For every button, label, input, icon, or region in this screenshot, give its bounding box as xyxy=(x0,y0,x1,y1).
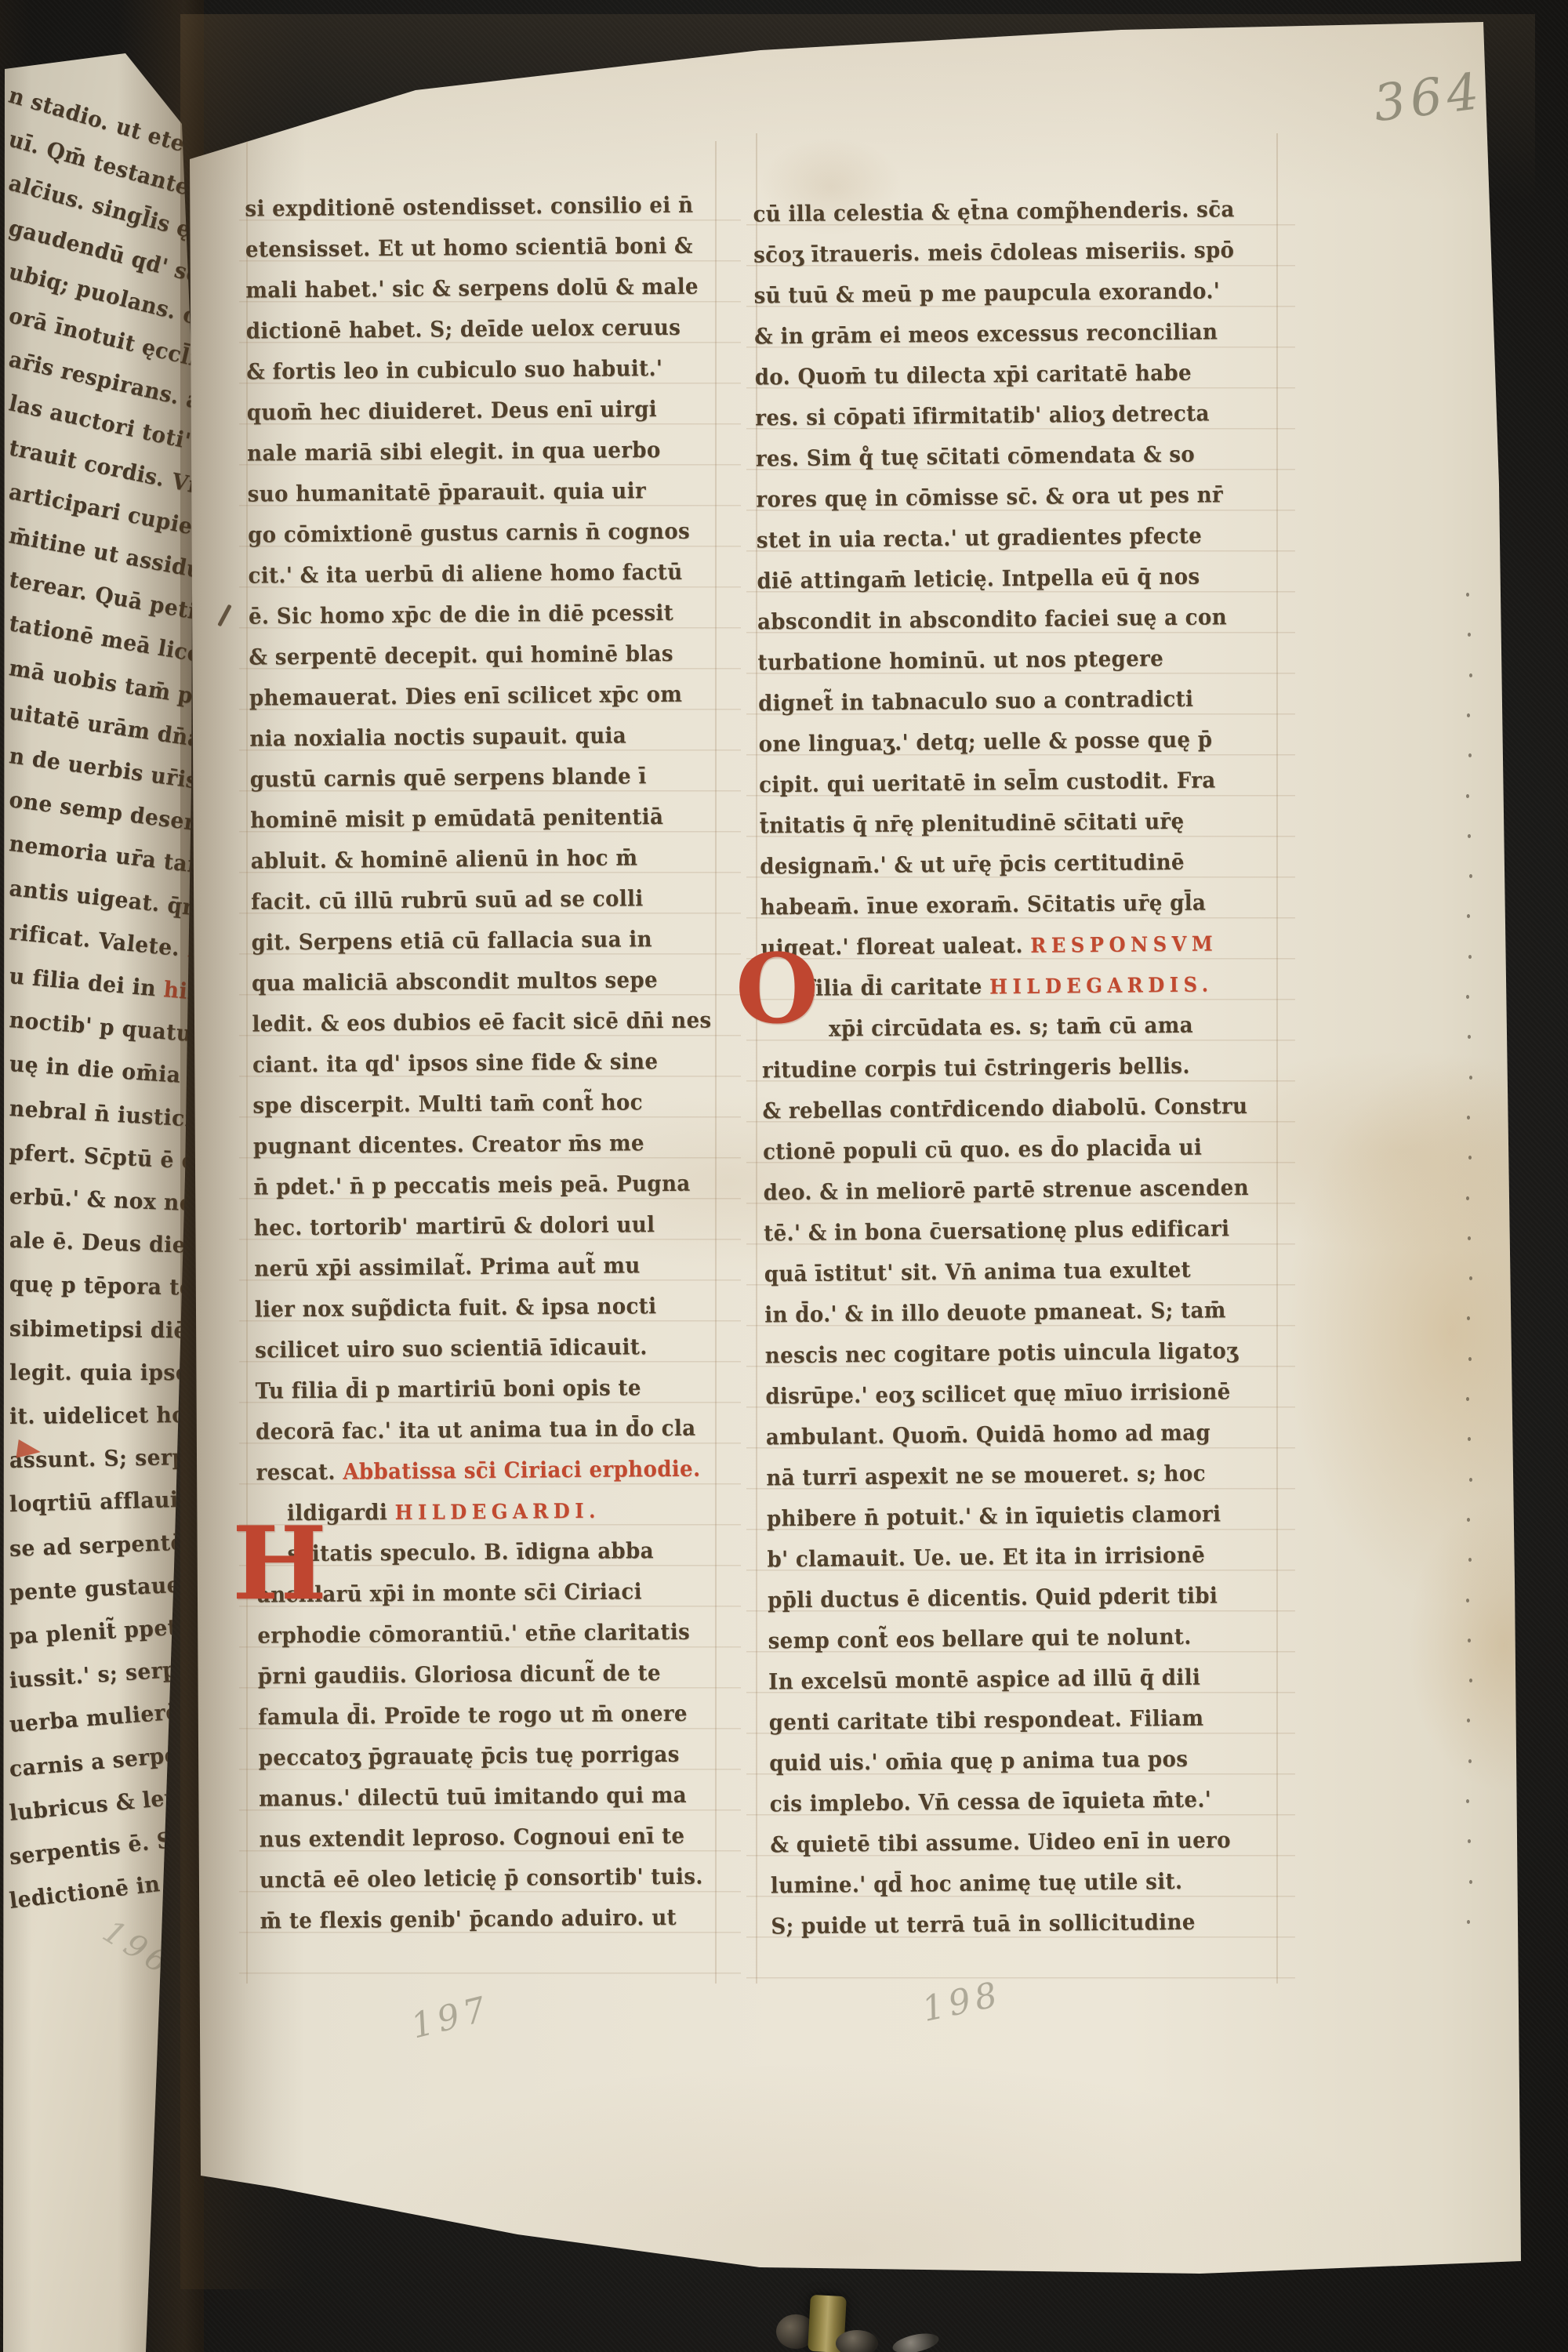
manuscript-line: habeam̄. īnue exoram̄. Sc̄itatis ur̄ę gl… xyxy=(760,882,1250,928)
text-run: S; puide ut terrā tuā in sollicitudine xyxy=(771,1909,1196,1940)
text-run: rescat. xyxy=(256,1459,343,1486)
pricking-dot xyxy=(1468,1639,1471,1642)
manuscript-line: pugnant dicentes. Creator m̄s me xyxy=(253,1123,691,1167)
text-run: dictionē habet. S; deīde uelox ceruus xyxy=(246,314,681,344)
manuscript-line: res. si cōpati īfirmitatib' alioʒ detrec… xyxy=(755,393,1244,439)
manuscript-line: spe discerpit. Multi tam̄ cont̃ hoc xyxy=(252,1082,690,1127)
pricking-dot xyxy=(1467,713,1470,717)
manuscript-line: quā īstitut' sit. Vn̄ anima tua exultet xyxy=(764,1249,1253,1295)
manuscript-line: ritudine corpis tui c̄stringeris bellis. xyxy=(762,1045,1251,1091)
text-run: hec. tortorib' martirū & dolori uul xyxy=(254,1211,655,1240)
manuscript-line: manus.' dilectū tuū imitando qui ma xyxy=(259,1775,696,1820)
manuscript-line: sū tuū & meū p me paupcula exorando.' xyxy=(753,270,1243,317)
text-run: sc̄itatis speculo. B. īdigna abba xyxy=(287,1537,654,1566)
rubric-run: Abbatissa sc̄i Ciriaci erphodie. xyxy=(343,1456,700,1485)
manuscript-line: qua maliciā abscondit multos sepe xyxy=(252,960,689,1004)
manuscript-line: deo. & in meliorē partē strenue ascenden xyxy=(763,1167,1252,1214)
manuscript-line: semp cont̃ eos bellare qui te nolunt. xyxy=(768,1616,1257,1662)
manuscript-line: do. Quom̄ tu dilecta xp̄i caritatē habe xyxy=(754,352,1243,398)
text-run: turbatione hominū. ut nos ptegere xyxy=(757,645,1163,675)
manuscript-line: quid uis.' om̄ia quę p anima tua pos xyxy=(769,1738,1258,1784)
manuscript-line: cū illa celestia & ęt̄na comp̃henderis. … xyxy=(753,189,1242,235)
binding-clasp-knob-icon xyxy=(836,2330,878,2352)
text-run: quom̄ hec diuideret. Deus enī uirgi xyxy=(247,396,658,426)
text-run: filia d̄i caritate xyxy=(806,973,989,1000)
pricking-dot xyxy=(1467,1920,1470,1924)
pricking-dot xyxy=(1469,1880,1472,1884)
manuscript-line: go cōmixtionē gustus carnis n̄ cognos xyxy=(248,511,685,556)
text-run: t̄nitatis q̄ nr̄ę plenitudinē sc̄itati u… xyxy=(760,808,1185,839)
manuscript-line: famula d̄i. Proīde te rogo ut m̄ onere xyxy=(258,1693,695,1738)
manuscript-line: nia noxialia noctis supauit. quia xyxy=(249,715,687,760)
manuscript-line: & rebellas contr̄dicendo diabolū. Constr… xyxy=(762,1086,1251,1132)
manuscript-line: p̄rni gaudiis. Gloriosa dicunt̃ de te xyxy=(258,1653,695,1697)
text-run: nerū xp̄i assimilat̃. Prima aut̃ mu xyxy=(254,1252,641,1281)
pricking-dot xyxy=(1468,955,1472,959)
manuscript-line: stet in uia recta.' ut gradientes pfecte xyxy=(757,515,1246,561)
manuscript-line: nus extendit leproso. Cognoui enī te xyxy=(259,1816,696,1860)
text-run: scilicet uiro suo scientiā īdicauit. xyxy=(255,1334,648,1363)
manuscript-line: cit.' & ita uerbū di aliene homo factū xyxy=(248,552,685,597)
text-run: tē.' & in bona c̄uersationę plus edifica… xyxy=(764,1215,1230,1246)
text-run: famula d̄i. Proīde te rogo ut m̄ onere xyxy=(258,1700,688,1730)
text-run: m̄ te flexis genib' p̄cando aduiro. ut xyxy=(260,1904,677,1934)
text-run: go cōmixtionē gustus carnis n̄ cognos xyxy=(248,518,690,548)
text-run: peccatoʒ p̄grauatę p̄cis tuę porrigas xyxy=(259,1741,680,1771)
text-run: p̄rni gaudiis. Gloriosa dicunt̃ de te xyxy=(258,1660,661,1689)
manuscript-line: rores quę in cōmisse sc̄. & ora ut pes n… xyxy=(756,474,1245,521)
text-run: qua maliciā abscondit multos sepe xyxy=(252,967,658,996)
text-run: do. Quom̄ tu dilecta xp̄i caritatē habe xyxy=(755,360,1192,390)
text-run: lier nox sup̃dicta fuit. & ipsa nocti xyxy=(255,1293,657,1322)
text-run: nia noxialia noctis supauit. quia xyxy=(249,722,626,751)
text-run: in d̄o.' & in illo deuote pmaneat. S; ta… xyxy=(764,1297,1226,1327)
manuscript-line: nerū xp̄i assimilat̃. Prima aut̃ mu xyxy=(254,1245,691,1290)
red-pointer-mark xyxy=(16,1439,42,1461)
manuscript-line: Tu filia d̄i p martiriū boni opis te xyxy=(255,1367,692,1412)
pricking-dot xyxy=(1466,593,1469,597)
manuscript-line: filia d̄i caritate HILDEGARDIS. xyxy=(761,964,1250,1010)
text-run: erphodie cōmorantiū.' etn̄e claritatis xyxy=(257,1619,690,1649)
text-run: xp̄i circūdata es. s; tam̄ cū ama xyxy=(829,1012,1193,1042)
manuscript-line: gustū carnis quē serpens blande ī xyxy=(250,756,688,800)
text-run: git. Serpens etiā cū fallacia sua in xyxy=(252,926,653,955)
manuscript-line: phibere n̄ potuit.' & in īquietis clamor… xyxy=(767,1494,1256,1540)
pricking-dot xyxy=(1467,1116,1470,1120)
pricking-dot xyxy=(1469,673,1472,677)
text-run: & in grām ei meos excessus reconcilian xyxy=(754,318,1218,349)
text-run: sū tuū & meū p me paupcula exorando.' xyxy=(753,278,1220,308)
manuscript-line: turbatione hominū. ut nos ptegere xyxy=(757,637,1247,684)
manuscript-line: ē. Sic homo xp̄c de die in diē pcessit xyxy=(249,593,686,637)
text-run: hominē misit p emūdatā penitentiā xyxy=(250,804,663,833)
text-run: nā turrī aspexit ne se moueret. s; hoc xyxy=(766,1461,1206,1491)
text-run: phemauerat. Dies enī scilicet xp̄c om xyxy=(249,681,683,711)
manuscript-line: b' clamauit. Ue. ue. Et ita in irrisionē xyxy=(767,1534,1256,1581)
text-run: pugnant dicentes. Creator m̄s me xyxy=(253,1130,644,1159)
text-run: sc̄oʒ ītraueris. meis c̄doleas miseriis.… xyxy=(753,237,1235,267)
manuscript-line: decorā fac.' ita ut anima tua in d̄o cla xyxy=(256,1408,693,1453)
text-run: nus extendit leproso. Cognoui enī te xyxy=(259,1823,684,1853)
manuscript-line: hominē misit p emūdatā penitentiā xyxy=(250,797,688,841)
text-run: diē attingam̄ leticię. Intpella eū q̄ no… xyxy=(757,564,1200,594)
text-run: deo. & in meliorē partē strenue ascenden xyxy=(763,1174,1249,1205)
text-run: disrūpe.' eoʒ scilicet quę mīuo irrision… xyxy=(765,1378,1231,1409)
manuscript-line: xp̄i circūdata es. s; tam̄ cū ama xyxy=(761,1004,1250,1051)
manuscript-line: genti caritate tibi respondeat. Filiam xyxy=(768,1697,1258,1744)
pricking-dot xyxy=(1469,1076,1472,1080)
manuscript-line: designam̄.' & ut ur̄ę p̄cis certitudinē xyxy=(760,841,1249,887)
text-run: res. si cōpati īfirmitatib' alioʒ detrec… xyxy=(755,400,1210,430)
text-run: si expditionē ostendisset. consilio ei n… xyxy=(245,192,693,222)
manuscript-line: diē attingam̄ leticię. Intpella eū q̄ no… xyxy=(757,556,1246,602)
initial-o: O xyxy=(735,938,818,1040)
pricking-dot xyxy=(1466,1799,1469,1803)
text-run: lumine.' qd̄ hoc animę tuę utile sit. xyxy=(771,1868,1183,1899)
rubric-run: RESPONSVM xyxy=(1030,932,1218,958)
text-run: ledit. & eos dubios eē facit sicē dn̄i n… xyxy=(252,1007,711,1037)
text-run: quid uis.' om̄ia quę p anima tua pos xyxy=(769,1746,1188,1777)
text-run: b' clamauit. Ue. ue. Et ita in irrisionē xyxy=(767,1542,1205,1573)
manuscript-line: & in grām ei meos excessus reconcilian xyxy=(754,311,1243,358)
text-run: ctionē populi cū quo. es d̄o placid̄a ui xyxy=(763,1134,1202,1165)
pricking-dot xyxy=(1467,1518,1470,1522)
text-run: ambulant. Quom̄. Quidā homo ad mag xyxy=(766,1420,1210,1450)
manuscript-line: & serpentē decepit. qui hominē blas xyxy=(249,633,686,678)
text-run: one linguaʒ.' detq; uelle & posse quę p̄ xyxy=(758,726,1212,757)
manuscript-line: pp̄li ductus ē dicentis. Quid pderit tib… xyxy=(768,1575,1257,1621)
manuscript-line: ctionē populi cū quo. es d̄o placid̄a ui xyxy=(763,1127,1252,1173)
manuscript-line: facit. cū illū rubrū suū ad se colli xyxy=(251,878,688,923)
pricking-dot xyxy=(1466,1397,1469,1401)
manuscript-line: nale mariā sibi elegit. in qua uerbo xyxy=(247,430,684,474)
text-run: nale mariā sibi elegit. in qua uerbo xyxy=(247,437,661,466)
pricking-dot xyxy=(1468,1759,1472,1763)
rubric-run: HILDEGARDIS. xyxy=(989,973,1214,999)
text-run: gustū carnis quē serpens blande ī xyxy=(250,763,647,792)
text-run: genti caritate tibi respondeat. Filiam xyxy=(769,1705,1204,1736)
manuscript-line: S; puide ut terrā tuā in sollicitudine xyxy=(771,1901,1260,1947)
manuscript-line: dictionē habet. S; deīde uelox ceruus xyxy=(246,307,684,352)
text-run: Tu filia d̄i p martiriū boni opis te xyxy=(255,1374,641,1403)
text-run: rificat. Valete. xyxy=(8,919,188,962)
pricking-dot xyxy=(1469,1478,1472,1482)
text-run: res. Sim q̊ tuę sc̄itati cōmendata & so xyxy=(756,441,1196,472)
right-text-column: cū illa celestia & ęt̄na comp̃henderis. … xyxy=(753,189,1296,1947)
text-run: abscondit in abscondito faciei suę a con xyxy=(757,604,1227,634)
manuscript-line: mali habet.' sic & serpens dolū & male xyxy=(245,267,683,311)
text-run: habeam̄. īnue exoram̄. Sc̄itatis ur̄ę gl… xyxy=(760,890,1207,920)
text-run: & rebellas contr̄dicendo diabolū. Constr… xyxy=(762,1093,1247,1123)
manuscript-line: rescat. Abbatissa sc̄i Ciriaci erphodie. xyxy=(256,1449,693,1494)
pricking-dot xyxy=(1466,794,1469,798)
manuscript-line: hec. tortorib' martirū & dolori uul xyxy=(254,1204,691,1249)
text-run: etensisset. Et ut homo scientiā boni & xyxy=(245,233,693,263)
manuscript-line: peccatoʒ p̄grauatę p̄cis tuę porrigas xyxy=(258,1734,695,1779)
manuscript-line: git. Serpens etiā cū fallacia sua in xyxy=(251,919,688,964)
manuscript-line: t̄nitatis q̄ nr̄ę plenitudinē sc̄itati u… xyxy=(759,800,1248,847)
manuscript-line: unctā eē oleo leticię p̄ consortib' tuis… xyxy=(260,1857,697,1901)
manuscript-line: cis implebo. Vn̄ cessa de īquieta m̄te.' xyxy=(770,1779,1259,1825)
text-run: ritudine corpis tui c̄stringeris bellis. xyxy=(762,1053,1190,1083)
manuscript-line: tē.' & in bona c̄uersationę plus edifica… xyxy=(764,1208,1253,1254)
pricking-dot xyxy=(1466,995,1469,999)
manuscript-line: suo humanitatē p̄parauit. quia uir xyxy=(247,470,684,515)
manuscript-line: ledit. & eos dubios eē facit sicē dn̄i n… xyxy=(252,1000,689,1045)
manuscript-line: etensisset. Et ut homo scientiā boni & xyxy=(245,226,683,270)
text-run: mali habet.' sic & serpens dolū & male xyxy=(245,274,699,303)
manuscript-line: one linguaʒ.' detq; uelle & posse quę p̄ xyxy=(758,719,1247,765)
manuscript-line: abscondit in abscondito faciei suę a con xyxy=(757,597,1247,643)
text-run: ē. Sic homo xp̄c de die in diē pcessit xyxy=(249,600,673,630)
text-run: unctā eē oleo leticię p̄ consortib' tuis… xyxy=(260,1864,703,1893)
pricking-dot xyxy=(1468,1357,1472,1361)
manuscript-line: In excelsū montē aspice ad illū q̄ dili xyxy=(768,1657,1258,1703)
manuscript-line: uigeat.' floreat ualeat. RESPONSVM xyxy=(760,923,1250,969)
manuscript-line: abluit. & hominē alienū in hoc m̄ xyxy=(251,837,688,882)
text-run: manus.' dilectū tuū imitando qui ma xyxy=(259,1782,687,1812)
manuscript-line: in d̄o.' & in illo deuote pmaneat. S; ta… xyxy=(764,1290,1254,1336)
text-run: & serpentē decepit. qui hominē blas xyxy=(249,641,673,670)
manuscript-line: ambulant. Quom̄. Quidā homo ad mag xyxy=(766,1412,1255,1458)
manuscript-line: lier nox sup̃dicta fuit. & ipsa nocti xyxy=(255,1286,692,1330)
text-run: designam̄.' & ut ur̄ę p̄cis certitudinē xyxy=(760,849,1185,880)
text-run: In excelsū montē aspice ad illū q̄ dili xyxy=(768,1664,1200,1695)
manuscript-line: n̄ pdet.' n̄ p peccatis meis peā. Pugna xyxy=(253,1163,691,1208)
text-run: ciant. ita qd' ipsos sine fide & sine xyxy=(252,1048,659,1078)
text-run: spe discerpit. Multi tam̄ cont̃ hoc xyxy=(252,1089,643,1118)
text-run: decorā fac.' ita ut anima tua in d̄o cla xyxy=(256,1415,696,1445)
text-run: n̄ pdet.' n̄ p peccatis meis peā. Pugna xyxy=(253,1171,690,1200)
left-text-column: si expditionē ostendisset. consilio ei n… xyxy=(245,184,730,1941)
text-run: cis implebo. Vn̄ cessa de īquieta m̄te.' xyxy=(770,1787,1212,1817)
manuscript-line: res. Sim q̊ tuę sc̄itati cōmendata & so xyxy=(756,434,1245,480)
text-run: stet in uia recta.' ut gradientes pfecte xyxy=(757,523,1203,554)
pricking-dot xyxy=(1466,1599,1469,1602)
manuscript-line: & quietē tibi assume. Uideo enī in uero xyxy=(770,1820,1259,1866)
manuscript-line: nescis nec cogitare potis uincula ligato… xyxy=(765,1330,1254,1377)
text-run: dignet̃ in tabnaculo suo a contradicti xyxy=(758,686,1194,717)
pricking-dot xyxy=(1468,834,1471,838)
text-run: facit. cū illū rubrū suū ad se colli xyxy=(251,885,644,914)
pricking-dot xyxy=(1468,1236,1471,1240)
text-run: rores quę in cōmisse sc̄. & ora ut pes n… xyxy=(756,481,1223,512)
text-run: cū illa celestia & ęt̄na comp̃henderis. … xyxy=(753,196,1234,227)
manuscript-line: dignet̃ in tabnaculo suo a contradicti xyxy=(758,678,1247,724)
manuscript-line: sc̄oʒ ītraueris. meis c̄doleas miseriis.… xyxy=(753,230,1243,276)
text-run: semp cont̃ eos bellare qui te nolunt. xyxy=(768,1624,1191,1654)
text-run: & fortis leo in cubiculo suo habuit.' xyxy=(246,355,662,385)
text-run: u filia dei in xyxy=(9,963,165,1002)
manuscript-line: scilicet uiro suo scientiā īdicauit. xyxy=(255,1327,692,1371)
text-run: suo humanitatē p̄parauit. quia uir xyxy=(248,477,647,506)
text-run: pp̄li ductus ē dicentis. Quid pderit tib… xyxy=(768,1582,1218,1613)
text-run: & quietē tibi assume. Uideo enī in uero xyxy=(770,1827,1231,1857)
text-run: cipit. qui ueritatē in sel̄m custodit. F… xyxy=(759,767,1216,797)
text-run: phibere n̄ potuit.' & in īquietis clamor… xyxy=(767,1501,1221,1531)
manuscript-line: si expditionē ostendisset. consilio ei n… xyxy=(245,185,682,230)
text-run: cit.' & ita uerbū di aliene homo factū xyxy=(248,559,682,589)
text-run: abluit. & hominē alienū in hoc m̄ xyxy=(251,844,638,873)
initial-h: H xyxy=(232,1505,327,1623)
rubric-run: HILDEGARDI. xyxy=(395,1500,601,1525)
text-run: quā īstitut' sit. Vn̄ anima tua exultet xyxy=(764,1257,1192,1287)
manuscript-line: cipit. qui ueritatē in sel̄m custodit. F… xyxy=(759,760,1248,806)
pricking-dot xyxy=(1466,1196,1469,1200)
manuscript-line: lumine.' qd̄ hoc animę tuę utile sit. xyxy=(771,1860,1260,1907)
manuscript-line: phemauerat. Dies enī scilicet xp̄c om xyxy=(249,674,687,719)
manuscript-line: nā turrī aspexit ne se moueret. s; hoc xyxy=(766,1453,1255,1499)
manuscript-line: m̄ te flexis genib' p̄cando aduiro. ut xyxy=(260,1897,697,1942)
manuscript-line: disrūpe.' eoʒ scilicet quę mīuo irrision… xyxy=(765,1371,1254,1417)
text-run: nescis nec cogitare potis uincula ligato… xyxy=(765,1338,1239,1368)
manuscript-line: quom̄ hec diuideret. Deus enī uirgi xyxy=(247,389,684,434)
manuscript-photo: { "photo": { "page_number_pencil": "364"… xyxy=(0,0,1568,2352)
manuscript-line: ciant. ita qd' ipsos sine fide & sine xyxy=(252,1041,690,1086)
manuscript-line: & fortis leo in cubiculo suo habuit.' xyxy=(246,348,684,393)
